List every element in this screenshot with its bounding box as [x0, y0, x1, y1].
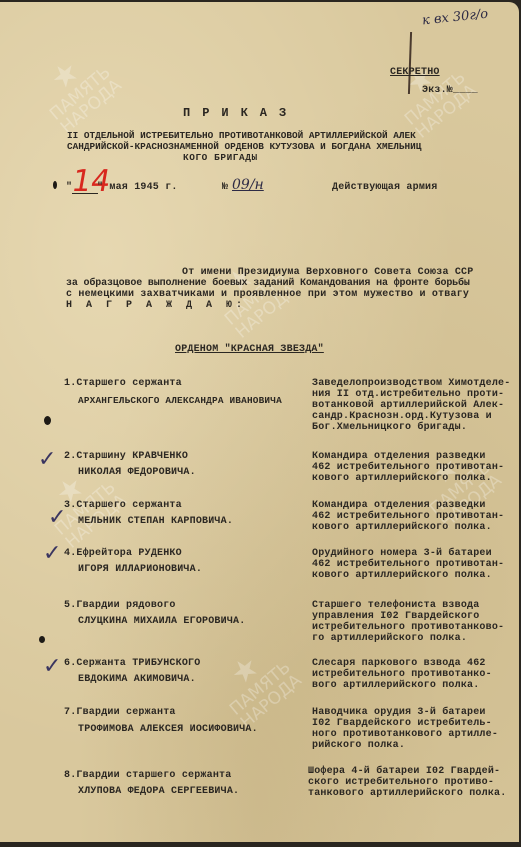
awardee-6-position-2: истребительного противотанко-: [312, 669, 492, 680]
awardee-3-position-1: Командира отделения разведки: [312, 500, 486, 511]
awardee-5-position-4: го артиллерийского полка.: [312, 633, 467, 644]
awardee-5-name: СЛУЦКИНА МИХАИЛА ЕГОРОВИЧА.: [78, 616, 245, 627]
date-month-year: " мая 1945 г.: [97, 182, 178, 193]
watermark: ★ ПАМЯТЬ НАРОДА: [208, 636, 305, 732]
awardee-7-rank: 7.Гвардии сержанта: [64, 707, 176, 718]
awardee-1-position-1: Заведелопроизводством Химотделе-: [312, 378, 510, 389]
ink-blot: [39, 636, 45, 643]
awardee-2-position-3: кового артиллерийского полка.: [312, 473, 492, 484]
awardee-7-position-1: Наводчика орудия 3-й батареи: [312, 707, 486, 718]
awardee-1-name: АРХАНГЕЛЬСКОГО АЛЕКСАНДРА ИВАНОВИЧА: [78, 395, 282, 406]
watermark-text: ПАМЯТЬ: [226, 657, 295, 719]
watermark-text: НАРОДА: [57, 76, 126, 138]
ink-blot: [44, 416, 51, 425]
awardee-7-name: ТРОФИМОВА АЛЕКСЕЯ ИОСИФОВИЧА.: [78, 724, 258, 735]
watermark: ★ ПАМЯТЬ НАРОДА: [28, 41, 125, 137]
star-icon: ★: [383, 46, 458, 116]
check-mark-icon: ✓: [38, 447, 56, 472]
awardee-2-name: НИКОЛАЯ ФЕДОРОВИЧА.: [78, 467, 196, 478]
awardee-5-rank: 5.Гвардии рядового: [64, 600, 176, 611]
ink-blot: [53, 181, 57, 189]
awardee-1-position-3: вотанковой артиллерийской Алек-: [312, 400, 504, 411]
check-mark-icon: ✓: [43, 654, 61, 679]
awardee-3-position-2: 462 истребительного противотан-: [312, 511, 504, 522]
awardee-6-rank: 6.Сержанта ТРИБУНСКОГО: [64, 658, 200, 669]
page-title: ПРИКАЗ: [183, 108, 298, 119]
awardee-8-position-2: ского истребительного противо-: [308, 777, 494, 788]
order-number-handwritten: 09/н: [232, 177, 264, 193]
awardee-8-position-3: танкового артиллерийского полка.: [308, 788, 506, 799]
awardee-7-position-4: рийского полка.: [312, 740, 405, 751]
check-mark-icon: ✓: [43, 541, 61, 566]
awardee-7-position-3: ного противотанкового артилле-: [312, 729, 498, 740]
location-label: Действующая армия: [332, 182, 437, 193]
handwritten-note: к вх 30г/о: [421, 7, 488, 29]
awardee-8-position-1: Шофера 4-й батареи I02 Гвардей-: [308, 766, 500, 777]
awardee-1-rank: 1.Старшего сержанта: [64, 378, 182, 389]
awardee-6-position-1: Слесаря паркового взвода 462: [312, 658, 486, 669]
award-heading: ОРДЕНОМ "КРАСНАЯ ЗВЕЗДА": [175, 344, 324, 355]
preamble-line-2: за образцовое выполнение боевых заданий …: [66, 278, 470, 289]
awardee-2-position-2: 462 истребительного противотан-: [312, 462, 504, 473]
watermark-text: ПАМЯТЬ: [46, 62, 115, 124]
awardee-2-position-1: Командира отделения разведки: [312, 451, 486, 462]
order-number-prefix: №: [222, 182, 228, 193]
awardee-4-position-1: Орудийного номера 3-й батареи: [312, 548, 492, 559]
awardee-1-position-2: ния II отд.истребительно проти-: [312, 389, 504, 400]
awardee-7-position-2: I02 Гвардейского истребитель-: [312, 718, 492, 729]
copy-number-label: Экз.№____: [422, 85, 478, 96]
unit-name-line-1: II ОТДЕЛЬНОЙ ИСТРЕБИТЕЛЬНО ПРОТИВОТАНКОВ…: [67, 130, 416, 141]
star-icon: ★: [28, 41, 103, 111]
preamble-line-1: От имени Президиума Верховного Совета Со…: [182, 267, 473, 278]
awardee-4-rank: 4.Ефрейтора РУДЕНКО: [64, 548, 182, 559]
preamble-line-3: с немецкими захватчиками и проявленное п…: [66, 289, 469, 300]
awardee-3-rank: 3.Старшего сержанта: [64, 500, 182, 511]
awardee-1-position-4: сандр.Краснозн.орд.Кутузова и: [312, 411, 492, 422]
awardee-6-name: ЕВДОКИМА АКИМОВИЧА.: [78, 674, 196, 685]
document-page: ★ ПАМЯТЬ НАРОДА ★ ПАМЯТЬ НАРОДА ★ ПАМЯТЬ…: [0, 2, 519, 842]
awardee-5-position-2: управления I02 Гвардейского: [312, 611, 479, 622]
awardee-1-position-5: Бог.Хмельницкого бригады.: [312, 422, 467, 433]
awardee-5-position-1: Старшего телефониста взвода: [312, 600, 479, 611]
awardee-4-position-3: кового артиллерийского полка.: [312, 570, 492, 581]
star-icon: ★: [208, 636, 283, 706]
awardee-3-position-3: кового артиллерийского полка.: [312, 522, 492, 533]
preamble-award-verb: Н А Г Р А Ж Д А Ю:: [66, 300, 246, 311]
awardee-4-name: ИГОРЯ ИЛЛАРИОНОВИЧА.: [78, 564, 202, 575]
awardee-8-name: ХЛУПОВА ФЕДОРА СЕРГЕЕВИЧА.: [78, 786, 239, 797]
awardee-6-position-3: вого артиллерийского полка.: [312, 680, 479, 691]
awardee-3-name: МЕЛЬНИК СТЕПАН КАРПОВИЧА.: [78, 516, 233, 527]
awardee-2-rank: 2.Старшину КРАВЧЕНКО: [64, 451, 188, 462]
awardee-8-rank: 8.Гвардии старшего сержанта: [64, 770, 231, 781]
unit-name-line-3: КОГО БРИГАДЫ: [183, 152, 258, 163]
awardee-4-position-2: 462 истребительного противотан-: [312, 559, 504, 570]
unit-name-line-2: САНДРИЙСКОЙ-КРАСНОЗНАМЕННОЙ ОРДЕНОВ КУТУ…: [67, 141, 421, 152]
awardee-5-position-3: истребительного противотанково-: [312, 622, 504, 633]
date-underline: [72, 193, 98, 194]
classification-label: СЕКРЕТНО: [390, 67, 440, 78]
pencil-stroke: [408, 32, 412, 94]
